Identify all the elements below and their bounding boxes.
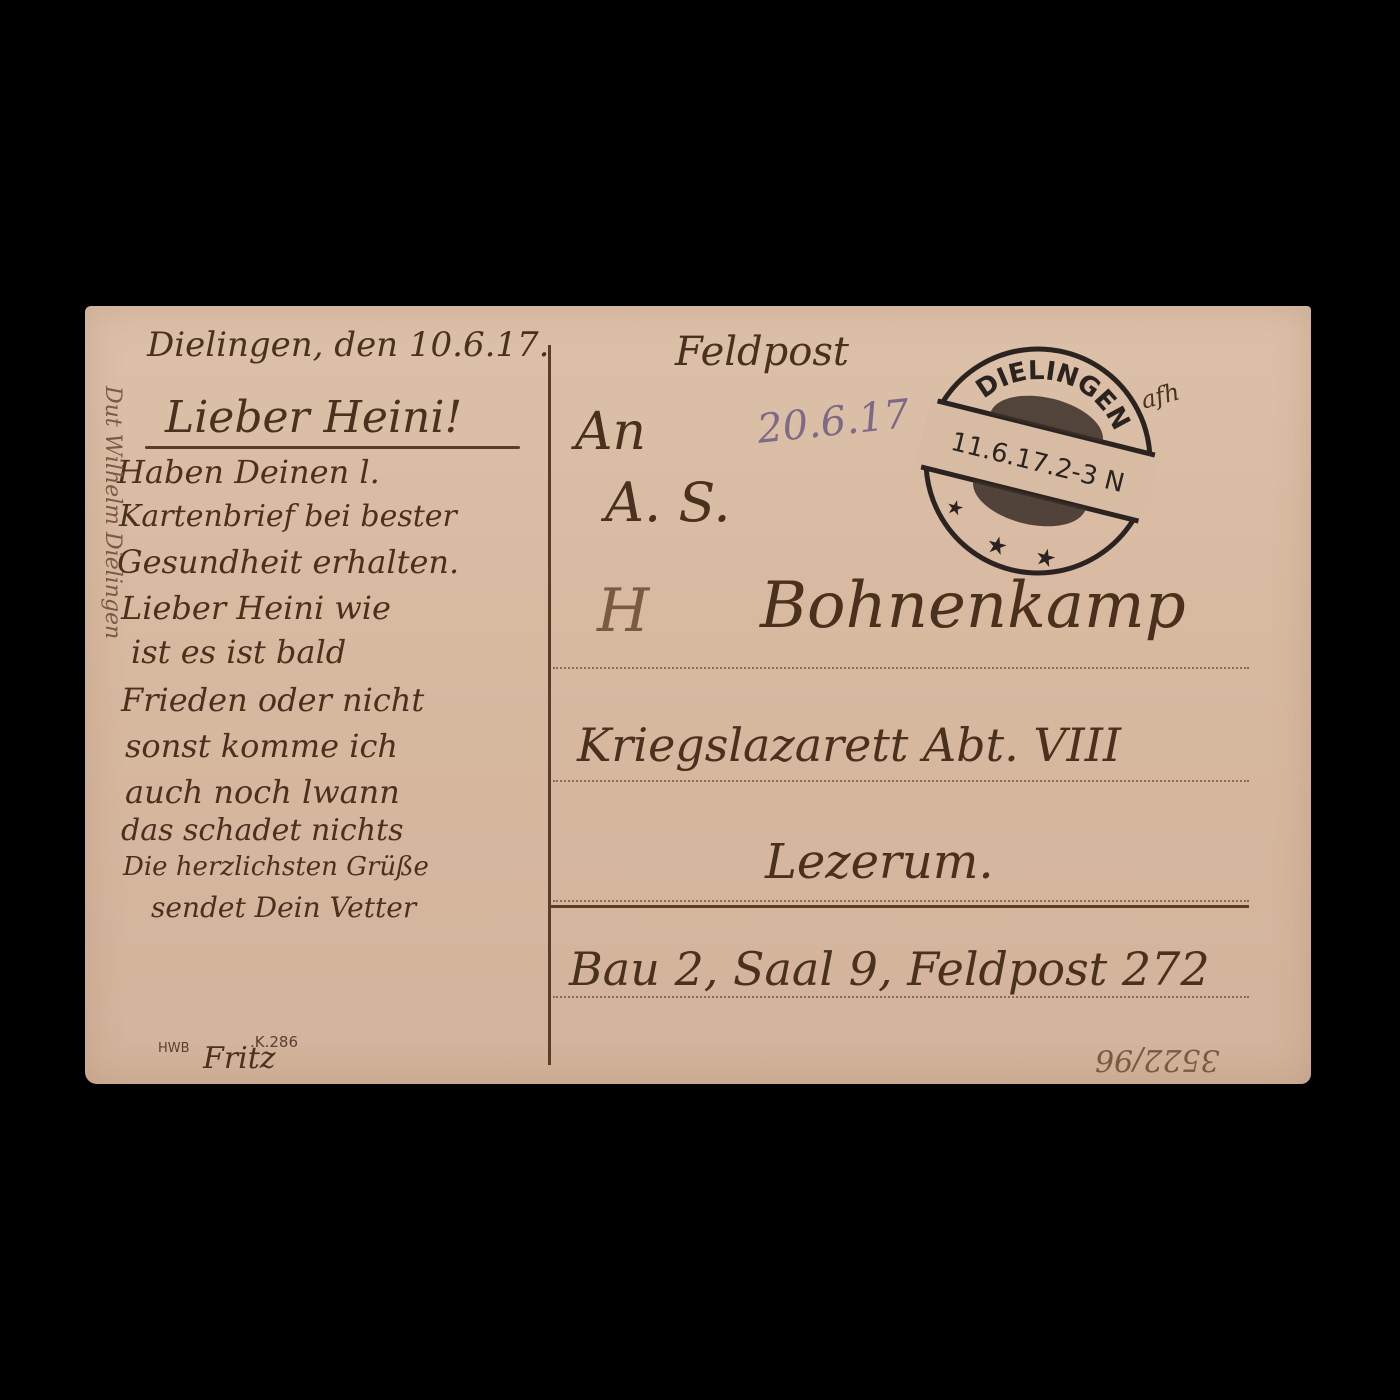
message-line: ist es ist bald	[131, 636, 561, 684]
message-line: sonst komme ich	[125, 730, 555, 776]
address-detail: Bau 2, Saal 9, Feldpost 272	[569, 946, 1210, 992]
city: Lezerum.	[765, 838, 994, 886]
salutation: Lieber Heini!	[165, 396, 462, 440]
star-icon: ★	[983, 529, 1011, 561]
place-date: Dielingen, den 10.6.17.	[147, 328, 549, 362]
address-to: An	[575, 406, 646, 458]
message-line: Frieden oder nicht	[121, 684, 551, 730]
message-line: auch noch lwann	[125, 776, 555, 816]
recipient-initials: A. S.	[605, 476, 731, 530]
series-mark: .K.286	[250, 1033, 298, 1051]
message-line: sendet Dein Vetter	[151, 894, 581, 932]
address-line-4	[553, 996, 1249, 998]
message-line: Gesundheit erhalten.	[117, 546, 547, 592]
printer-mark: HWB	[158, 1041, 190, 1056]
salutation-underline	[145, 446, 520, 449]
star-icon: ★	[1032, 542, 1060, 574]
address-line-1	[553, 667, 1249, 669]
address-rule	[551, 905, 1249, 908]
pencil-date: 20.6.17	[755, 394, 911, 450]
postmark-stamp: DIELINGEN 11.6.17.2-3 N ★ ★ ★	[895, 318, 1181, 604]
message-line: Kartenbrief bei bester	[119, 502, 549, 546]
feldpost-header: Feldpost	[675, 332, 849, 372]
postcard: Dielingen, den 10.6.17. Lieber Heini! Ha…	[85, 306, 1311, 1084]
message-body: Haben Deinen l. Kartenbrief bei bester G…	[117, 456, 547, 932]
card-divider	[548, 345, 551, 1065]
unit: Kriegslazarett Abt. VIII	[577, 722, 1121, 768]
margin-note: Dut Wilhelm Dielingen	[101, 386, 123, 639]
message-line: Haben Deinen l.	[117, 456, 547, 502]
postmark-circle-icon: DIELINGEN 11.6.17.2-3 N ★ ★ ★	[895, 318, 1181, 604]
message-line: das schadet nichts	[121, 816, 551, 854]
message-line: Die herzlichsten Grüße	[123, 854, 553, 894]
recipient-prefix: H	[597, 581, 649, 641]
message-line: Lieber Heini wie	[121, 592, 551, 636]
address-line-3	[553, 900, 1249, 902]
archive-number: 3522/96	[1095, 1044, 1220, 1074]
star-icon: ★	[944, 494, 967, 522]
address-line-2	[553, 780, 1249, 782]
